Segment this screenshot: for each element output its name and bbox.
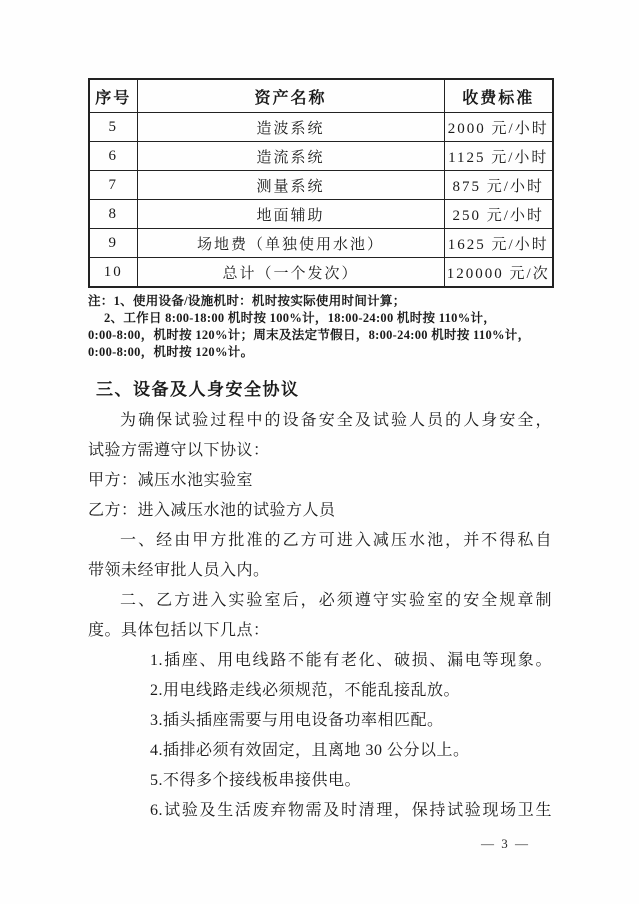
cell-name: 地面辅助 [137, 200, 444, 229]
table-header-row: 序号 资产名称 收费标准 [89, 79, 553, 113]
note-line: 0:00-8:00，机时按 120%计。 [88, 344, 552, 361]
body-line: 4.插排必须有效固定，且离地 30 公分以上。 [88, 736, 552, 766]
body-line: 2.用电线路走线必须规范，不能乱接乱放。 [88, 676, 552, 706]
page-number: — 3 — [0, 836, 530, 852]
body-line: 一、经由甲方批准的乙方可进入减压水池，并不得私自 [88, 526, 552, 556]
cell-name: 场地费（单独使用水池） [137, 229, 444, 258]
cell-fee: 2000 元/小时 [444, 113, 553, 142]
cell-fee: 120000 元/次 [444, 258, 553, 288]
cell-no: 6 [89, 142, 137, 171]
table-row: 9 场地费（单独使用水池） 1625 元/小时 [89, 229, 553, 258]
table-row: 7 测量系统 875 元/小时 [89, 171, 553, 200]
cell-no: 8 [89, 200, 137, 229]
cell-fee: 875 元/小时 [444, 171, 553, 200]
note-line: 0:00-8:00，机时按 120%计；周末及法定节假日，8:00-24:00 … [88, 327, 552, 344]
cell-fee: 250 元/小时 [444, 200, 553, 229]
body-line: 带领未经审批人员入内。 [88, 556, 552, 586]
body-line: 5.不得多个接线板串接供电。 [88, 766, 552, 796]
body-line: 6.试验及生活废弃物需及时清理，保持试验现场卫生 [88, 796, 552, 826]
note-line: 2、工作日 8:00-18:00 机时按 100%计，18:00-24:00 机… [88, 310, 552, 327]
table-notes: 注：1、使用设备/设施机时：机时按实际使用时间计算； 2、工作日 8:00-18… [88, 293, 552, 361]
table-header-no: 序号 [89, 79, 137, 113]
cell-fee: 1625 元/小时 [444, 229, 553, 258]
body-line: 度。具体包括以下几点： [88, 616, 552, 646]
cell-no: 7 [89, 171, 137, 200]
table-row: 8 地面辅助 250 元/小时 [89, 200, 553, 229]
table-row: 5 造波系统 2000 元/小时 [89, 113, 553, 142]
table-header-fee: 收费标准 [444, 79, 553, 113]
body-line: 试验方需遵守以下协议： [88, 436, 552, 466]
table-row: 6 造流系统 1125 元/小时 [89, 142, 553, 171]
body-line: 甲方：减压水池实验室 [88, 466, 552, 496]
body-line: 3.插头插座需要与用电设备功率相匹配。 [88, 706, 552, 736]
note-line: 注：1、使用设备/设施机时：机时按实际使用时间计算； [88, 293, 552, 310]
section-body: 为确保试验过程中的设备安全及试验人员的人身安全， 试验方需遵守以下协议： 甲方：… [88, 406, 552, 826]
page-content: 序号 资产名称 收费标准 5 造波系统 2000 元/小时 6 造流系统 112… [88, 78, 552, 826]
cell-fee: 1125 元/小时 [444, 142, 553, 171]
body-line: 二、乙方进入实验室后，必须遵守实验室的安全规章制 [88, 586, 552, 616]
table-row: 10 总计（一个发次） 120000 元/次 [89, 258, 553, 288]
fee-table: 序号 资产名称 收费标准 5 造波系统 2000 元/小时 6 造流系统 112… [88, 78, 554, 288]
cell-no: 5 [89, 113, 137, 142]
cell-name: 造波系统 [137, 113, 444, 142]
body-line: 乙方：进入减压水池的试验方人员 [88, 496, 552, 526]
body-line: 为确保试验过程中的设备安全及试验人员的人身安全， [88, 406, 552, 436]
body-line: 1.插座、用电线路不能有老化、破损、漏电等现象。 [88, 646, 552, 676]
section-heading: 三、设备及人身安全协议 [88, 376, 552, 403]
table-header-name: 资产名称 [137, 79, 444, 113]
cell-no: 10 [89, 258, 137, 288]
cell-name: 测量系统 [137, 171, 444, 200]
cell-name: 总计（一个发次） [137, 258, 444, 288]
cell-name: 造流系统 [137, 142, 444, 171]
document-page: 序号 资产名称 收费标准 5 造波系统 2000 元/小时 6 造流系统 112… [0, 0, 639, 904]
cell-no: 9 [89, 229, 137, 258]
